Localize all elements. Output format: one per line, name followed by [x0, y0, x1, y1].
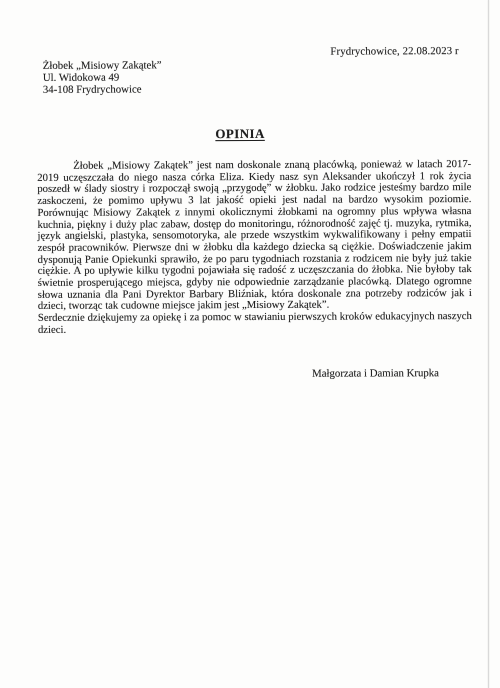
sender-address: Żłobek „Misiowy Zakątek” Ul. Widokowa 49…	[43, 60, 162, 96]
body-paragraph-1: Żłobek „Misiowy Zakątek” jest nam doskon…	[37, 159, 472, 313]
sender-city: 34-108 Frydrychowice	[43, 84, 162, 96]
letter-body: Żłobek „Misiowy Zakątek” jest nam doskon…	[37, 159, 472, 336]
scanned-letter-page: Frydrychowice, 22.08.2023 r Żłobek „Misi…	[0, 0, 500, 688]
body-paragraph-2: Serdecznie dziękujemy za opiekę i za pom…	[38, 311, 472, 336]
dateline: Frydrychowice, 22.08.2023 r	[330, 45, 458, 58]
letter-content: Frydrychowice, 22.08.2023 r Żłobek „Misi…	[0, 0, 500, 688]
letter-title: OPINIA	[0, 125, 481, 143]
signature: Małgorzata i Damian Krupka	[312, 367, 439, 380]
